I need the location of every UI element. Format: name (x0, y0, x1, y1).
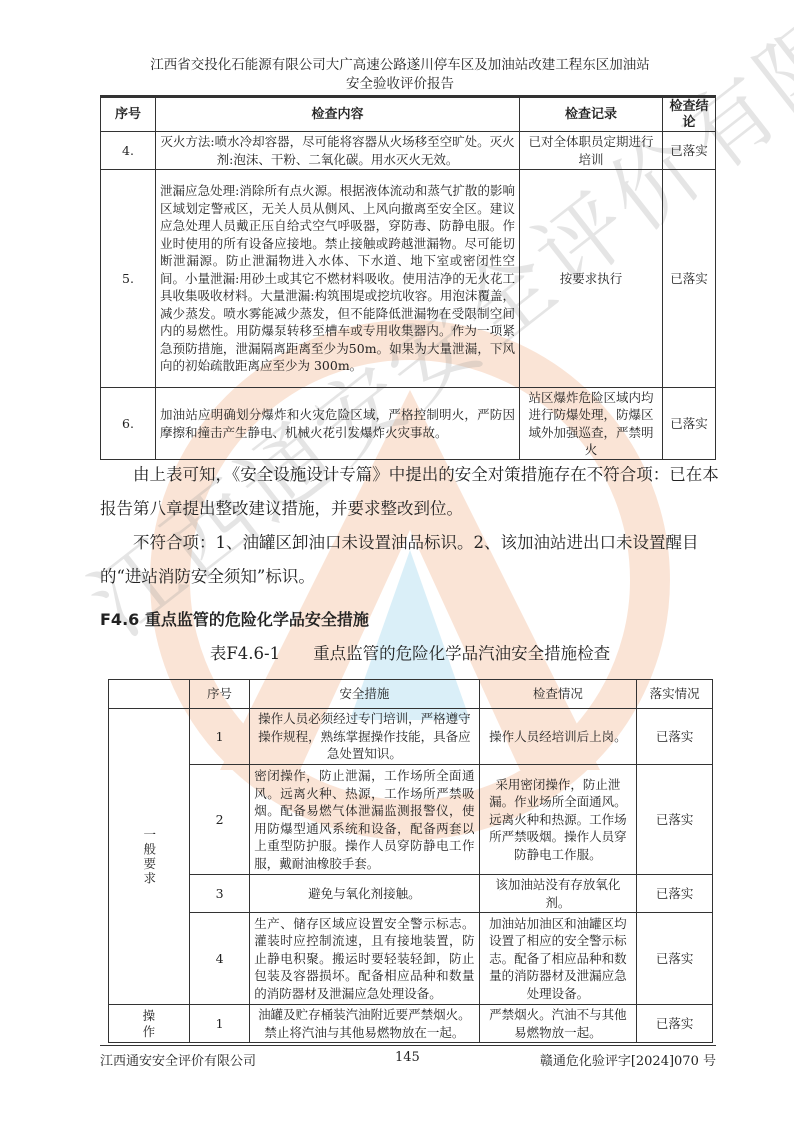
table-row: 4. 灭火方法:喷水冷却容器，尽可能将容器从火场移至空旷处。灭火剂:泡沫、干粉、… (101, 132, 716, 170)
col-header-no: 序号 (189, 680, 249, 709)
table-row: 一般要求 1 操作人员必须经过专门培训，严格遵守操作规程，熟练掌握操作技能，具备… (109, 709, 713, 765)
section-heading: F4.6 重点监管的危险化学品安全措施 (100, 607, 369, 630)
table-row: 4 生产、储存区域应设置安全警示标志。灌装时应控制流速，且有接地装置，防止静电积… (109, 913, 713, 1005)
col-header-content: 检查内容 (156, 98, 520, 132)
footer-doc-number: 赣通危化验评字[2024]070 号 (540, 1050, 716, 1069)
table-row: 2 密闭操作，防止泄漏，工作场所全面通风。远离火种、热源，工作场所严禁吸烟。配备… (109, 765, 713, 875)
col-header-record: 检查记录 (520, 98, 663, 132)
row-no: 1 (189, 1005, 249, 1043)
group-label-general: 一般要求 (109, 709, 190, 1005)
col-header-check: 检查情况 (479, 680, 637, 709)
col-header-measure: 安全措施 (250, 680, 479, 709)
col-header-status: 落实情况 (637, 680, 713, 709)
row-status: 已落实 (637, 1005, 713, 1043)
row-no: 4. (101, 132, 156, 170)
row-status: 已落实 (637, 875, 713, 913)
row-check: 操作人员经培训后上岗。 (479, 709, 637, 765)
group-label-operation: 操作 (109, 1005, 190, 1043)
row-record: 站区爆炸危险区域内均进行防爆处理，防爆区域外加强巡查，严禁明火 (520, 388, 663, 460)
table-header-row: 序号 安全措施 检查情况 落实情况 (109, 680, 713, 709)
row-record: 已对全体职员定期进行培训 (520, 132, 663, 170)
row-status: 已落实 (637, 765, 713, 875)
footer-company: 江西通安安全评价有限公司 (100, 1050, 256, 1069)
row-check: 加油站加油区和油罐区均设置了相应的安全警示标志。配备了相应品种和数量的消防器材及… (479, 913, 637, 1005)
row-no: 5. (101, 170, 156, 388)
col-header-no: 序号 (101, 98, 156, 132)
row-check: 采用密闭操作，防止泄漏。作业场所全面通风。远离火种和热源。工作场所严禁吸烟。操作… (479, 765, 637, 875)
row-measure: 操作人员必须经过专门培训，严格遵守操作规程，熟练掌握操作技能，具备应急处置知识。 (250, 709, 479, 765)
col-header-category (109, 680, 190, 709)
page-header: 江西省交投化石能源有限公司大广高速公路遂川停车区及加油站改建工程东区加油站 安全… (100, 56, 700, 94)
inspection-table: 序号 检查内容 检查记录 检查结论 4. 灭火方法:喷水冷却容器，尽可能将容器从… (100, 97, 716, 460)
row-record: 按要求执行 (520, 170, 663, 388)
row-status: 已落实 (637, 913, 713, 1005)
row-result: 已落实 (663, 132, 716, 170)
group-label-text: 一般要求 (142, 828, 157, 886)
table-row: 6. 加油站应明确划分爆炸和火灾危险区域，严格控制明火，严防因摩擦和撞击产生静电… (101, 388, 716, 460)
row-measure: 油罐及贮存桶装汽油附近要严禁烟火。禁止将汽油与其他易燃物放在一起。 (250, 1005, 479, 1043)
footer-page-number: 145 (395, 1050, 420, 1065)
hazmat-measures-table: 序号 安全措施 检查情况 落实情况 一般要求 1 操作人员必须经过专门培训，严格… (108, 679, 713, 1043)
row-check: 该加油站没有存放氧化剂。 (479, 875, 637, 913)
row-content: 灭火方法:喷水冷却容器，尽可能将容器从火场移至空旷处。灭火剂:泡沫、干粉、二氧化… (156, 132, 520, 170)
table-row: 5. 泄漏应急处理:消除所有点火源。根据液体流动和蒸气扩散的影响区域划定警戒区，… (101, 170, 716, 388)
table-row: 操作 1 油罐及贮存桶装汽油附近要严禁烟火。禁止将汽油与其他易燃物放在一起。 严… (109, 1005, 713, 1043)
summary-paragraph: 由上表可知，《安全设施设计专篇》中提出的安全对策措施存在不符合项：已在本报告第八… (100, 458, 720, 526)
table-header-row: 序号 检查内容 检查记录 检查结论 (101, 98, 716, 132)
row-measure: 避免与氧化剂接触。 (250, 875, 479, 913)
row-no: 3 (189, 875, 249, 913)
group-label-text: 操作 (143, 1008, 156, 1040)
row-result: 已落实 (663, 388, 716, 460)
row-content: 加油站应明确划分爆炸和火灾危险区域，严格控制明火，严防因摩擦和撞击产生静电、机械… (156, 388, 520, 460)
row-result: 已落实 (663, 170, 716, 388)
row-measure: 密闭操作，防止泄漏，工作场所全面通风。远离火种、热源，工作场所严禁吸烟。配备易燃… (250, 765, 479, 875)
header-title-line1: 江西省交投化石能源有限公司大广高速公路遂川停车区及加油站改建工程东区加油站 (100, 56, 700, 75)
header-title-line2: 安全验收评价报告 (100, 75, 700, 94)
table-row: 3 避免与氧化剂接触。 该加油站没有存放氧化剂。 已落实 (109, 875, 713, 913)
row-check: 严禁烟火。汽油不与其他易燃物放一起。 (479, 1005, 637, 1043)
row-no: 4 (189, 913, 249, 1005)
row-no: 2 (189, 765, 249, 875)
nonconformity-paragraph: 不符合项：1、油罐区卸油口未设置油品标识。2、该加油站进出口未设置醒目的“进站消… (100, 526, 720, 594)
row-status: 已落实 (637, 709, 713, 765)
row-no: 1 (189, 709, 249, 765)
col-header-result: 检查结论 (663, 98, 716, 132)
row-no: 6. (101, 388, 156, 460)
row-content: 泄漏应急处理:消除所有点火源。根据液体流动和蒸气扩散的影响区域划定警戒区，无关人… (156, 170, 520, 388)
table-caption: 表F4.6-1 重点监管的危险化学品汽油安全措施检查 (100, 640, 720, 664)
footer-divider (100, 1045, 716, 1046)
row-measure: 生产、储存区域应设置安全警示标志。灌装时应控制流速，且有接地装置，防止静电积聚。… (250, 913, 479, 1005)
